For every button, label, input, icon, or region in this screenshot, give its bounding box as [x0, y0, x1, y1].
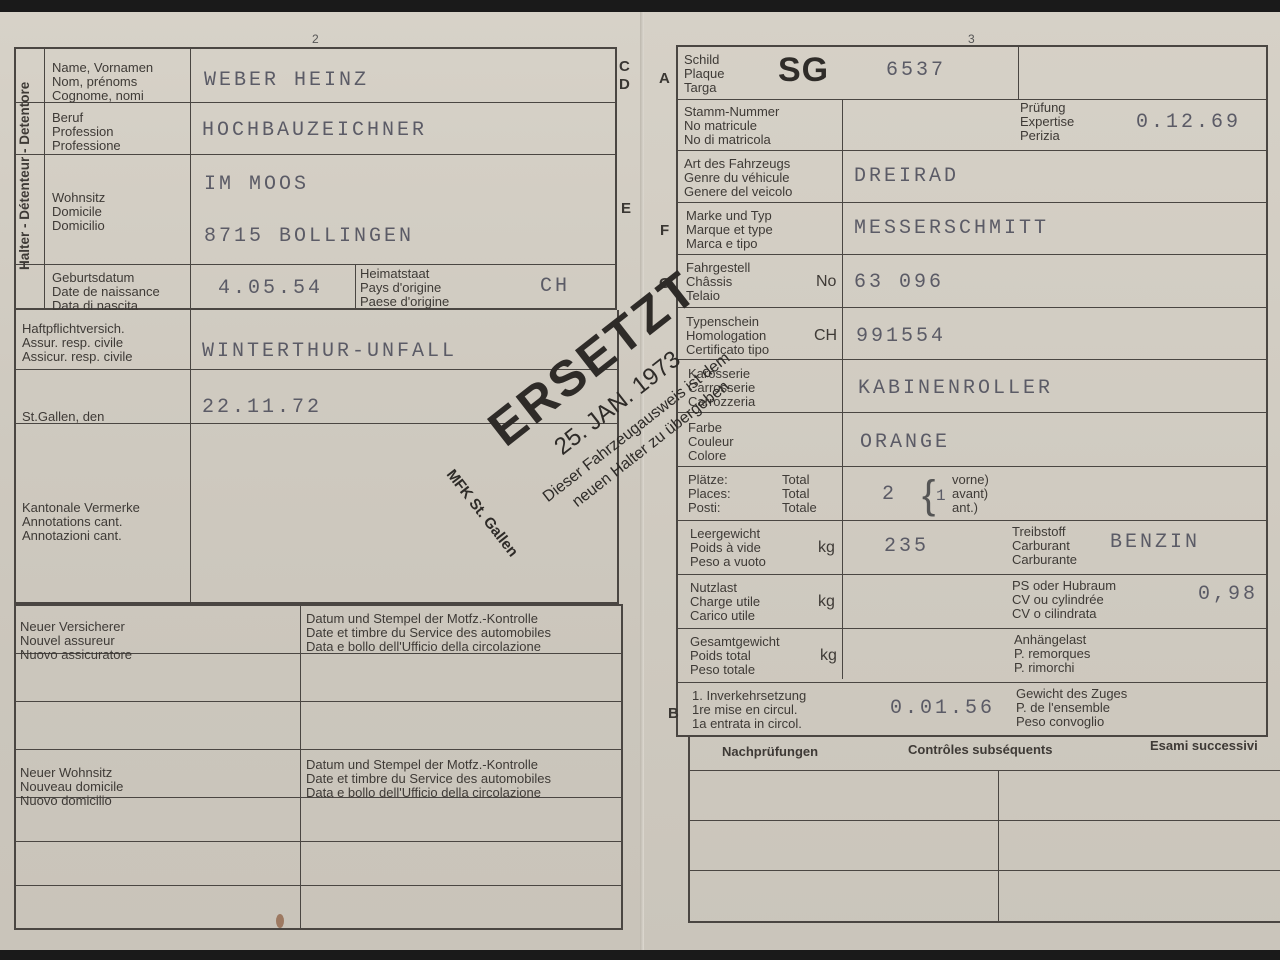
- total-weight-field[interactable]: [844, 631, 1004, 679]
- empty-weight-unit: kg: [818, 541, 835, 555]
- fuel-label: Treibstoff Carburant Carburante: [1012, 525, 1077, 567]
- changes-section: Neuer Versicherer Nouvel assureur Nuovo …: [14, 604, 623, 930]
- body-value[interactable]: KABINENROLLER: [858, 377, 1053, 400]
- inspection-value[interactable]: 0.12.69: [1136, 111, 1241, 134]
- chassis-value[interactable]: 63 096: [854, 271, 944, 294]
- make-model-label: Marke und Typ Marque et type Marca e tip…: [686, 209, 773, 251]
- stamp-header-2: Datum und Stempel der Motfz.-Kontrolle D…: [306, 758, 551, 800]
- registration-number-field[interactable]: [844, 101, 1014, 149]
- payload-field[interactable]: [844, 577, 1004, 625]
- margin-letter-a: A: [659, 70, 670, 87]
- subsequent-checks-field-left[interactable]: [690, 773, 996, 921]
- domicile-label: Wohnsitz Domicile Domicilio: [52, 191, 105, 233]
- place-date-label: St.Gallen, den: [22, 410, 104, 424]
- origin-value[interactable]: CH: [540, 275, 570, 298]
- margin-letter-e: E: [621, 200, 631, 217]
- domicile-value-line2[interactable]: 8715 BOLLINGEN: [204, 225, 414, 248]
- make-model-value[interactable]: MESSERSCHMITT: [854, 217, 1049, 240]
- margin-letter-d: D: [619, 76, 630, 93]
- seats-total-value[interactable]: 2: [882, 483, 897, 506]
- new-insurer-label: Neuer Versicherer Nouvel assureur Nuovo …: [20, 620, 132, 662]
- margin-letter-f: F: [660, 222, 669, 239]
- place-date-value[interactable]: 22.11.72: [202, 396, 322, 419]
- vehicle-type-label: Art des Fahrzeugs Genre du véhicule Gene…: [684, 157, 792, 199]
- subsequent-checks-it: Esami successivi: [1150, 739, 1258, 753]
- chassis-no-suffix: No: [816, 275, 836, 289]
- page-number-left: 2: [312, 32, 319, 46]
- payload-label: Nutzlast Charge utile Carico utile: [690, 581, 760, 623]
- total-weight-unit: kg: [820, 649, 837, 663]
- first-registration-label: 1. Inverkehrsetzung 1re mise en circul. …: [692, 689, 806, 731]
- train-weight-label: Gewicht des Zuges P. de l'ensemble Peso …: [1016, 687, 1127, 729]
- subsequent-checks-field-right[interactable]: [1000, 773, 1280, 921]
- seats-front-label: vorne) avant) ant.): [952, 473, 989, 515]
- plate-label: Schild Plaque Targa: [684, 53, 724, 95]
- profession-value[interactable]: HOCHBAUZEICHNER: [202, 119, 427, 142]
- plate-canton-prefix: SG: [778, 51, 829, 90]
- type-approval-ch-suffix: CH: [814, 329, 837, 343]
- birthdate-label: Geburtsdatum Date de naissance Data di n…: [52, 271, 160, 313]
- trailer-load-label: Anhängelast P. remorques P. rimorchi: [1014, 633, 1090, 675]
- name-value[interactable]: WEBER HEINZ: [204, 69, 369, 92]
- empty-weight-value[interactable]: 235: [884, 535, 929, 558]
- domicile-value-line1[interactable]: IM MOOS: [204, 173, 309, 196]
- holder-section: Halter - Détenteur - Detentore Name, Vor…: [14, 47, 617, 310]
- profession-label: Beruf Profession Professione: [52, 111, 121, 153]
- margin-letter-c: C: [619, 58, 630, 75]
- total-weight-label: Gesamtgewicht Poids total Peso totale: [690, 635, 780, 677]
- brace-icon: {: [922, 475, 935, 515]
- rust-stain: [276, 914, 284, 928]
- origin-label: Heimatstaat Pays d'origine Paese d'origi…: [360, 267, 449, 309]
- payload-unit: kg: [818, 595, 835, 609]
- color-value[interactable]: ORANGE: [860, 431, 950, 454]
- new-domicile-label: Neuer Wohnsitz Nouveau domicile Nuovo do…: [20, 766, 123, 808]
- subsequent-checks-de: Nachprüfungen: [722, 745, 818, 759]
- vehicle-type-value[interactable]: DREIRAD: [854, 165, 959, 188]
- name-label: Name, Vornamen Nom, prénoms Cognome, nom…: [52, 61, 153, 103]
- stamp-header-1: Datum und Stempel der Motfz.-Kontrolle D…: [306, 612, 551, 654]
- margin-letter-b: B: [668, 705, 679, 722]
- subsequent-checks-section: Nachprüfungen Contrôles subséquents Esam…: [688, 737, 1280, 923]
- stamp-text-line2: neuen Halter zu übergeben: [569, 378, 733, 512]
- subsequent-checks-fr: Contrôles subséquents: [908, 743, 1052, 757]
- cantonal-notes-label: Kantonale Vermerke Annotations cant. Ann…: [22, 501, 140, 543]
- registration-number-label: Stamm-Nummer No matricule No di matricol…: [684, 105, 779, 147]
- fuel-value[interactable]: BENZIN: [1110, 531, 1200, 554]
- plate-number-value[interactable]: 6537: [886, 59, 946, 82]
- birthdate-value[interactable]: 4.05.54: [218, 277, 323, 300]
- first-registration-value[interactable]: 0.01.56: [890, 697, 995, 720]
- displacement-label: PS oder Hubraum CV ou cylindrée CV o cil…: [1012, 579, 1116, 621]
- displacement-value[interactable]: 0,98: [1198, 583, 1258, 606]
- insurance-label: Haftpflichtversich. Assur. resp. civile …: [22, 322, 133, 364]
- seats-front-value[interactable]: 1: [936, 487, 949, 505]
- holder-side-label: Halter - Détenteur - Detentore: [17, 51, 41, 301]
- type-approval-value[interactable]: 991554: [856, 325, 946, 348]
- inspection-label: Prüfung Expertise Perizia: [1020, 101, 1074, 143]
- insurance-value[interactable]: WINTERTHUR-UNFALL: [202, 340, 457, 363]
- page-number-right: 3: [968, 32, 975, 46]
